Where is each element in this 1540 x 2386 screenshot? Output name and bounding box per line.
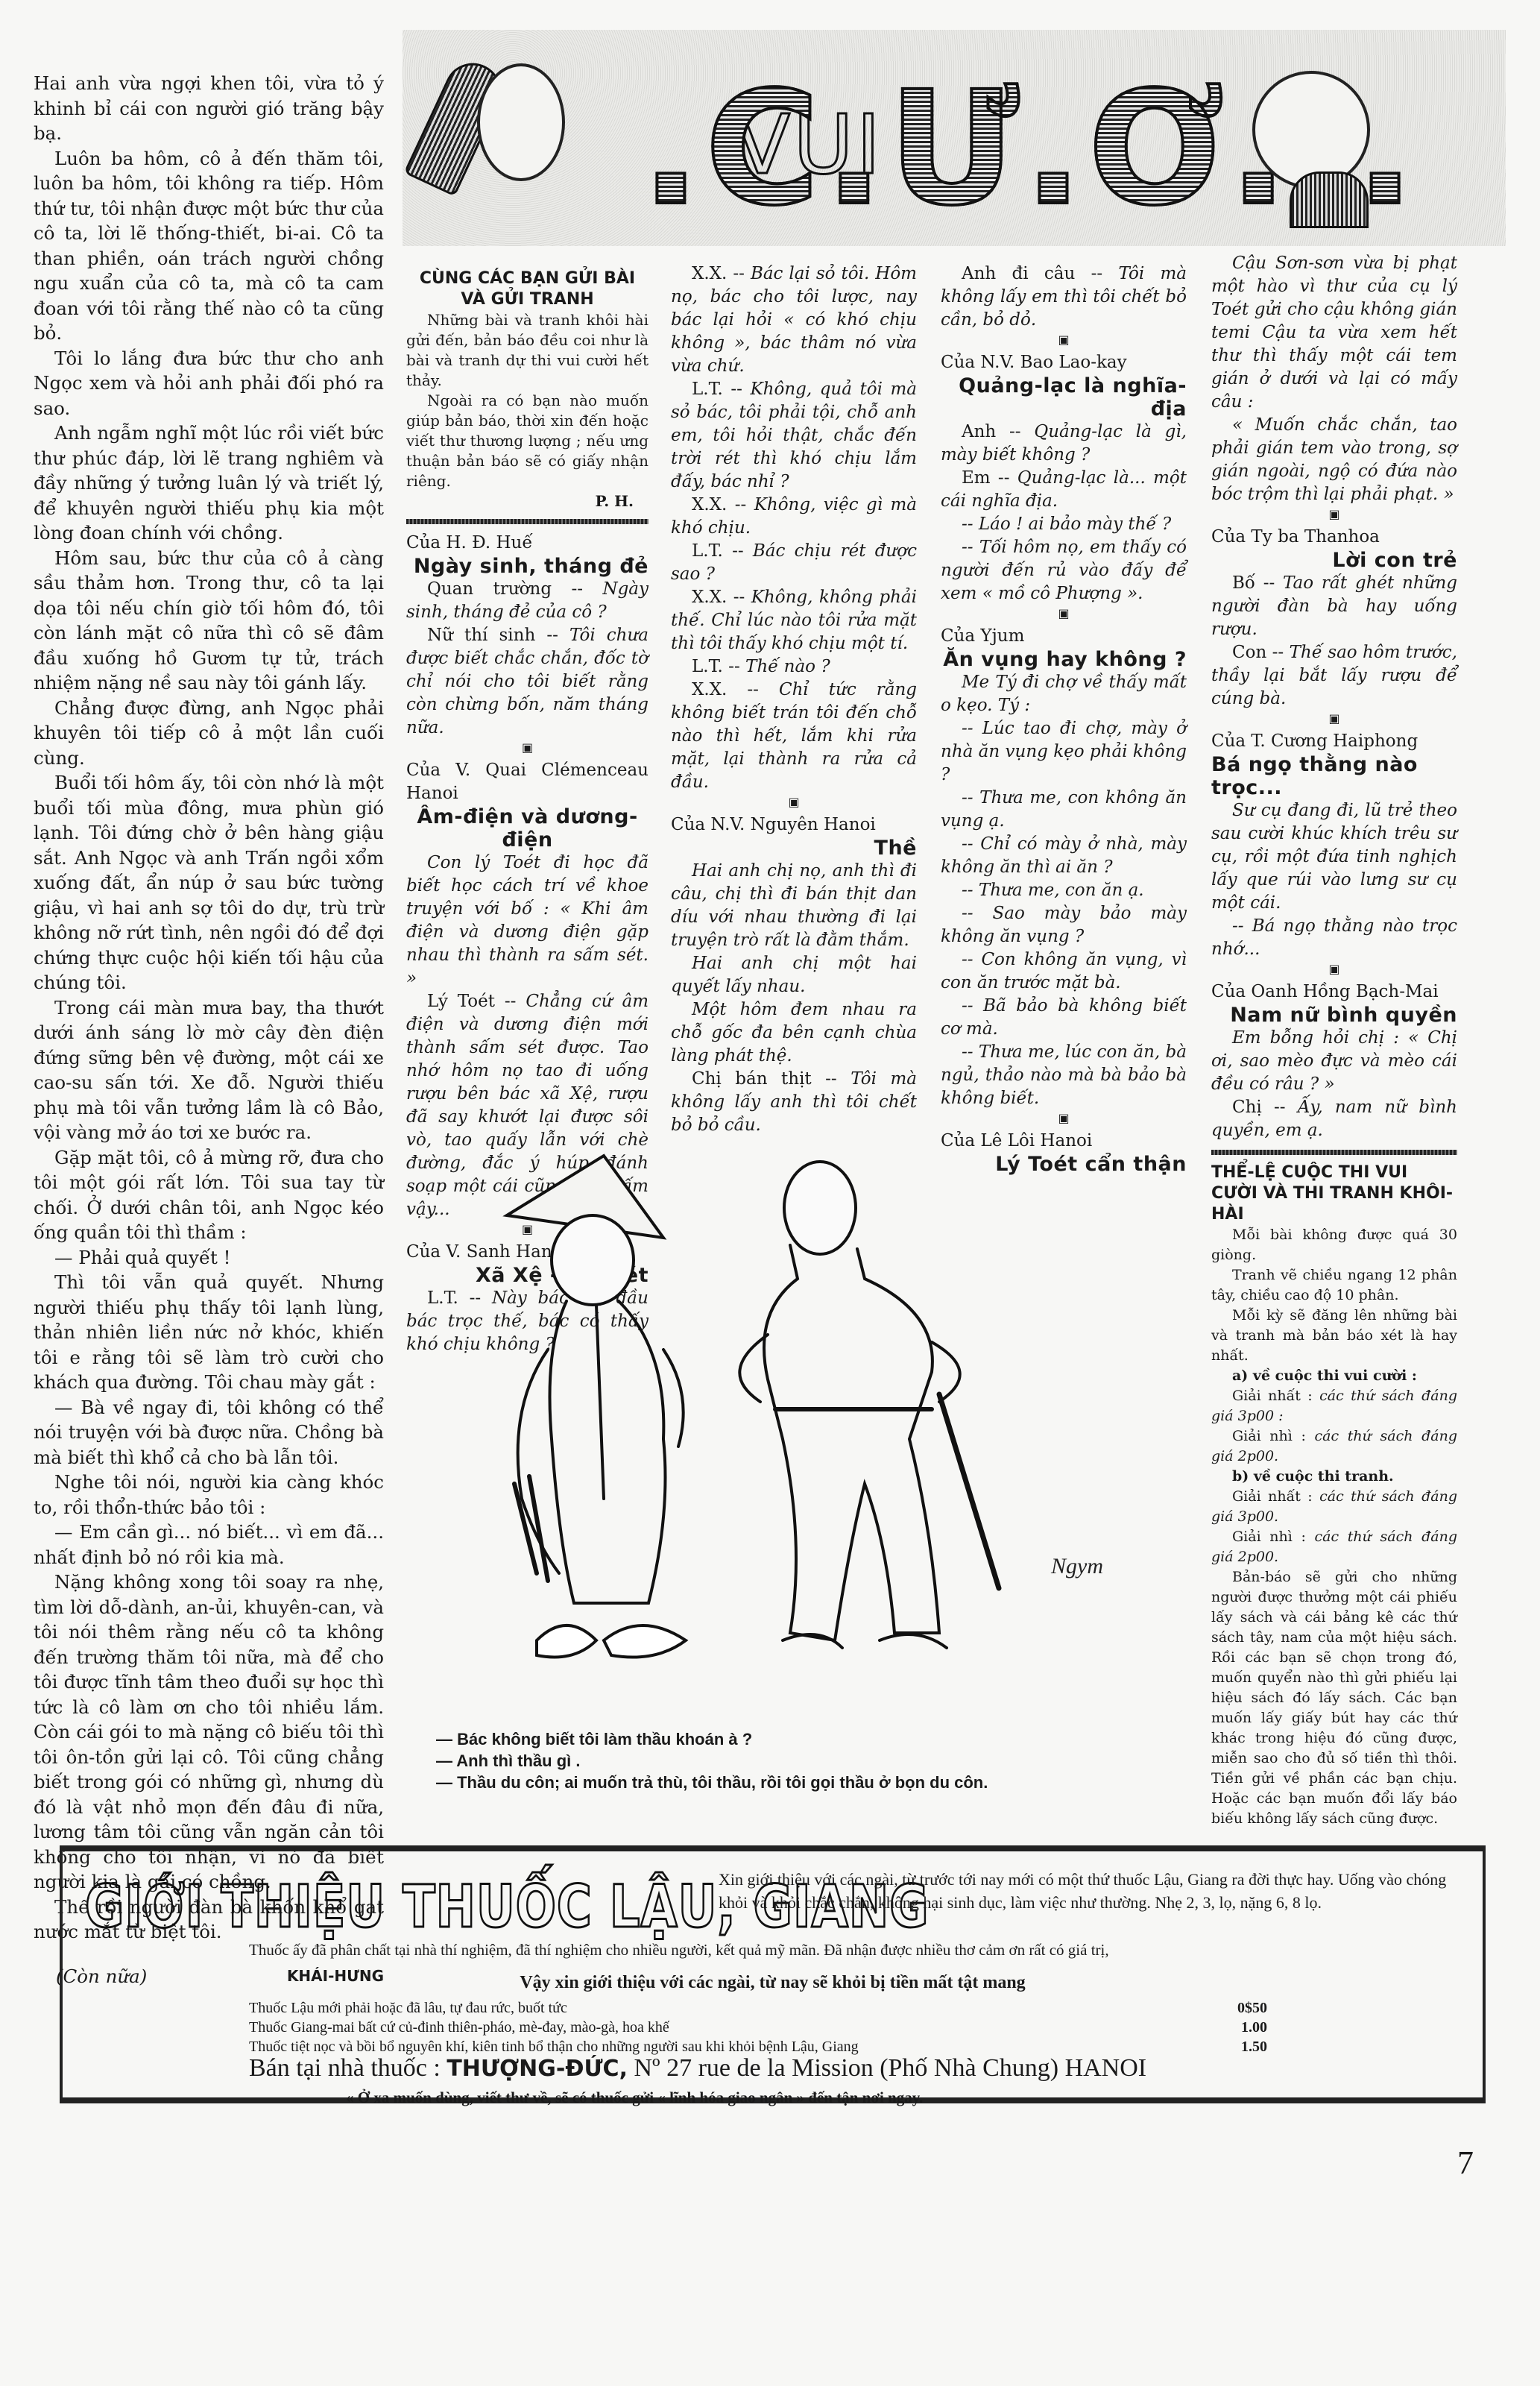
joke-title: Lời con trẻ — [1211, 549, 1457, 572]
ornament-icon: ▣ — [941, 1110, 1187, 1127]
joke-line: -- Thưa me, lúc con ăn, bà ngủ, thảo nào… — [941, 1041, 1187, 1110]
notice-paragraph: Ngoài ra có bạn nào muốn giúp bản báo, t… — [406, 391, 648, 491]
story-paragraph: — Em cần gì... nó biết... vì em đã... nh… — [34, 1520, 384, 1570]
joke-line: -- Sao mày bảo mày không ăn vụng ? — [941, 902, 1187, 948]
joke-contributor: Của N.V. Nguyên Hanoi — [671, 813, 917, 837]
joke-line: Sư cụ đang đi, lũ trẻ theo sau cười khúc… — [1211, 799, 1457, 915]
story-paragraph: Thì tôi vẫn quả quyết. Nhưng người thiếu… — [34, 1270, 384, 1395]
story-paragraph: Chẳng được đừng, anh Ngọc phải khuyên tô… — [34, 696, 384, 771]
joke-line: -- Lúc tao đi chợ, mày ở nhà ăn vụng kẹo… — [941, 717, 1187, 787]
story-paragraph: — Phải quả quyết ! — [34, 1245, 384, 1271]
joke-title: Ngày sinh, tháng đẻ — [406, 555, 648, 578]
ornament-icon: ▣ — [1211, 961, 1457, 978]
joke-line: Con lý Toét đi học đã biết học cách trí … — [406, 852, 648, 990]
joke-contributor: Của T. Cương Haiphong — [1211, 730, 1457, 753]
prize-line: Giải nhất : các thứ sách đáng giá 3p00 : — [1211, 1386, 1457, 1426]
joke-line: X.X. -- Chỉ tức rằng không biết trán tôi… — [671, 679, 917, 794]
price-row: Thuốc Giang-mai bất cứ củ-đinh thiên-phá… — [249, 2018, 1267, 2037]
rules-paragraph: Bản-báo sẽ gửi cho những người được thưở… — [1211, 1567, 1457, 1829]
masthead-banner: VUI .C.Ư.Ơ.I. — [403, 30, 1506, 246]
price-row: Thuốc Lậu mới phải hoặc đã lâu, tự đau r… — [249, 1998, 1267, 2018]
cartoon-illustration: Ngym — [417, 1126, 1185, 1700]
page-number: 7 — [1457, 2144, 1474, 2182]
joke-title: Quảng-lạc là nghĩa-địa — [941, 374, 1187, 421]
joke-line: L.T. -- Không, quả tôi mà sỏ bác, tôi ph… — [671, 378, 917, 494]
joke-line: -- Tối hôm nọ, em thấy có người đến rủ v… — [941, 536, 1187, 605]
joke-line: -- Láo ! ai bảo mày thế ? — [941, 513, 1187, 536]
ad-note: « Ở xa muốn dùng, viết thư về, sẽ có thu… — [346, 2088, 923, 2107]
ad-sold-at: Bán tại nhà thuốc : THƯỢNG-ĐỨC, Nº 27 ru… — [249, 2054, 1146, 2083]
story-paragraph: Anh ngẫm nghĩ một lúc rồi viết bức thư p… — [34, 421, 384, 546]
joke-title: Thề — [671, 837, 917, 860]
ornament-icon: ▣ — [1211, 711, 1457, 727]
joke-line: Nữ thí sinh -- Tôi chưa được biết chắc c… — [406, 624, 648, 740]
joke-line: Một hôm đem nhau ra chỗ gốc đa bên cạnh … — [671, 998, 917, 1068]
divider-rule — [1211, 1150, 1457, 1155]
shop-name: THƯỢNG-ĐỨC, — [446, 2056, 628, 2082]
story-paragraph: Gặp mặt tôi, cô ả mừng rỡ, đưa cho tôi m… — [34, 1145, 384, 1245]
notice-title: VÀ GỬI TRANH — [406, 289, 648, 310]
rules-title: THỂ-LỆ CUỘC THI VUI CƯỜI VÀ THI TRANH KH… — [1211, 1162, 1457, 1225]
joke-title: Nam nữ bình quyền — [1211, 1004, 1457, 1027]
ornament-icon: ▣ — [941, 332, 1187, 348]
rules-paragraph: Mỗi bài không được quá 30 giòng. — [1211, 1225, 1457, 1265]
ad-intro: Xin giới thiệu với các ngài, từ trước tớ… — [719, 1868, 1457, 1914]
joke-line: Cậu Sơn-sơn vừa bị phạt một hào vì thư c… — [1211, 252, 1457, 414]
joke-contributor: Của Yjum — [941, 625, 1187, 648]
joke-line: -- Bá ngọ thằng nào trọc nhớ... — [1211, 915, 1457, 961]
fan-illustration — [1290, 171, 1369, 228]
joke-line: Con -- Thế sao hôm trước, thầy lại bắt l… — [1211, 641, 1457, 711]
joke-line: X.X. -- Bác lại sỏ tôi. Hôm nọ, bác cho … — [671, 262, 917, 378]
jokes-column-3: X.X. -- Bác lại sỏ tôi. Hôm nọ, bác cho … — [671, 262, 917, 1137]
story-paragraph: Buổi tối hôm ấy, tôi còn nhớ là một buổi… — [34, 770, 384, 995]
joke-line: Quan trường -- Ngày sinh, tháng đẻ của c… — [406, 578, 648, 624]
shop-address: Nº 27 rue de la Mission (Phố Nhà Chung) … — [634, 2054, 1146, 2082]
rules-body: Mỗi bài không được quá 30 giòng. Tranh v… — [1211, 1225, 1457, 1829]
rules-paragraph: Mỗi kỳ sẽ đăng lên những bài và tranh mà… — [1211, 1306, 1457, 1366]
ornament-icon: ▣ — [406, 740, 648, 756]
story-paragraph: — Bà về ngay đi, tôi không có thể nói tr… — [34, 1395, 384, 1470]
joke-contributor: Của N.V. Bao Lao-kay — [941, 351, 1187, 374]
story-paragraph: Hai anh vừa ngợi khen tôi, vừa tỏ ý khin… — [34, 71, 384, 146]
joke-line: X.X. -- Không, không phải thế. Chỉ lúc n… — [671, 586, 917, 655]
divider-rule — [406, 519, 648, 524]
joke-line: Chị -- Ấy, nam nữ bình quyền, em ạ. — [1211, 1096, 1457, 1142]
joke-line: -- Con không ăn vụng, vì con ăn trước mặ… — [941, 948, 1187, 995]
story-paragraph: Hôm sau, bức thư của cô ả càng sầu thảm … — [34, 546, 384, 696]
jokes-column-4: Anh đi câu -- Tôi mà không lấy em thì tô… — [941, 262, 1187, 1176]
notice-paragraph: Những bài và tranh khôi hài gửi đến, bản… — [406, 310, 648, 391]
jokes-column-5: Cậu Sơn-sơn vừa bị phạt một hào vì thư c… — [1211, 252, 1457, 1829]
joke-line: L.T. -- Bác chịu rét được sao ? — [671, 540, 917, 586]
joke-line: Bố -- Tao rất ghét những người đàn bà ha… — [1211, 572, 1457, 641]
joke-line: Hai anh chị một hai quyết lấy nhau. — [671, 952, 917, 998]
joke-line: -- Thưa me, con ăn ạ. — [941, 879, 1187, 902]
prize-line: Giải nhì : các thứ sách đáng giá 2p00. — [1211, 1527, 1457, 1567]
prize-line: Giải nhì : các thứ sách đáng giá 2p00. — [1211, 1426, 1457, 1467]
child-face-illustration — [1252, 71, 1370, 189]
joke-line: Me Tý đi chợ về thấy mất o kẹo. Tý : — [941, 671, 1187, 717]
story-column: Hai anh vừa ngợi khen tôi, vừa tỏ ý khin… — [34, 71, 384, 1989]
joke-line: -- Bã bảo bà không biết cơ mà. — [941, 995, 1187, 1041]
ad-tagline: Vậy xin giới thiệu với các ngài, từ nay … — [63, 1973, 1483, 1993]
ornament-icon: ▣ — [671, 794, 917, 810]
prize-line: Giải nhất : các thứ sách đáng giá 3p00. — [1211, 1487, 1457, 1527]
joke-contributor: Của V. Quai Clémenceau Hanoi — [406, 759, 648, 805]
old-man-face-illustration — [477, 63, 565, 181]
joke-line: Anh -- Quảng-lạc là gì, mày biết không ? — [941, 421, 1187, 467]
caption-line: — Thầu du côn; ai muốn trả thù, tôi thầu… — [436, 1772, 988, 1793]
advertisement-box: GIỚI THIỆU THUỐC LẬU, GIANG Xin giới thi… — [60, 1845, 1486, 2103]
ornament-icon: ▣ — [941, 605, 1187, 622]
notice-signature: P. H. — [406, 491, 648, 511]
cartoon-two-men-icon: Ngym — [417, 1126, 1185, 1700]
caption-line: — Anh thì thầu gì . — [436, 1750, 988, 1772]
joke-contributor: Của H. Đ. Huế — [406, 532, 648, 555]
story-paragraph: Tôi lo lắng đưa bức thư cho anh Ngọc xem… — [34, 346, 384, 421]
story-paragraph: Nghe tôi nói, người kia càng khóc to, rồ… — [34, 1470, 384, 1520]
svg-text:Ngym: Ngym — [1050, 1554, 1103, 1578]
cartoon-caption: — Bác không biết tôi làm thầu khoán à ? … — [436, 1728, 988, 1793]
joke-title: Ăn vụng hay không ? — [941, 648, 1187, 671]
story-paragraph: Trong cái màn mưa bay, tha thướt dưới án… — [34, 995, 384, 1145]
joke-line: X.X. -- Không, việc gì mà khó chịu. — [671, 494, 917, 540]
joke-line: Hai anh chị nọ, anh thì đi câu, chị thì … — [671, 860, 917, 952]
story-paragraph: Luôn ba hôm, cô ả đến thăm tôi, luôn ba … — [34, 146, 384, 346]
joke-line: L.T. -- Thế nào ? — [671, 655, 917, 679]
rules-paragraph: Tranh vẽ chiều ngang 12 phân tây, chiều … — [1211, 1265, 1457, 1306]
joke-line: Anh đi câu -- Tôi mà không lấy em thì tô… — [941, 262, 1187, 332]
joke-line: -- Thưa me, con không ăn vụng ạ. — [941, 787, 1187, 833]
ornament-icon: ▣ — [1211, 506, 1457, 523]
ad-claim: Thuốc ấy đã phân chất tại nhà thí nghiệm… — [249, 1941, 1109, 1960]
joke-title: Âm-điện và dương-điện — [406, 805, 648, 852]
joke-title: Bá ngọ thằng nào trọc... — [1211, 753, 1457, 799]
joke-line: -- Chỉ có mày ở nhà, mày không ăn thì ai… — [941, 833, 1187, 879]
joke-line: « Muốn chắc chắn, tao phải gián tem vào … — [1211, 414, 1457, 506]
notice-title: CÙNG CÁC BẠN GỬI BÀI — [406, 268, 648, 289]
joke-line: Em bỗng hỏi chị : « Chị ơi, sao mèo đực … — [1211, 1027, 1457, 1096]
rules-subheading: b) về cuộc thi tranh. — [1211, 1467, 1457, 1487]
price-list: Thuốc Lậu mới phải hoặc đã lâu, tự đau r… — [249, 1998, 1267, 2056]
joke-line: Em -- Quảng-lạc là... một cái nghĩa địa. — [941, 467, 1187, 513]
joke-contributor: Của Ty ba Thanhoa — [1211, 526, 1457, 549]
caption-line: — Bác không biết tôi làm thầu khoán à ? — [436, 1728, 988, 1750]
rules-subheading: a) về cuộc thi vui cười : — [1211, 1366, 1457, 1386]
joke-contributor: Của Oanh Hồng Bạch-Mai — [1211, 980, 1457, 1004]
